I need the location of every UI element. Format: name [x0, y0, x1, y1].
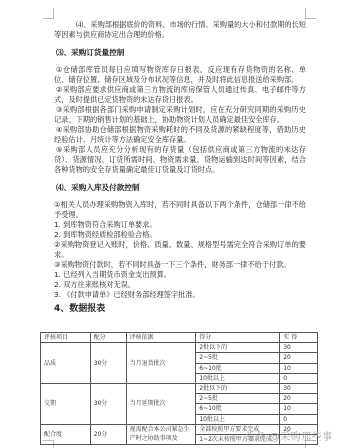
- list-item: 1. 到库物资符合采购订单要求。: [54, 220, 306, 230]
- criterion-cell: 2批以下的: [196, 343, 280, 353]
- document-page: ⑷、采购部根据底价的资料、市场的行情、采购量的大小和付款期的长短等因素与供应商协…: [0, 0, 360, 448]
- list-item: ②采购部应要求供应商或第三方物流的库房保管人员通过传真、电子邮件等方式，及时提供…: [54, 85, 306, 105]
- score-cell: 30: [280, 383, 318, 393]
- table-header-row: 评核项目 配分 评核依据 得分 实 得: [41, 333, 318, 343]
- list-item: 3. 《付款申请单》已经财务部经理签字批准。: [54, 290, 306, 300]
- list-item: 2. 双方往来账核对无误。: [54, 280, 306, 290]
- item-cell: 交期: [41, 383, 91, 424]
- list-item: ⑤采购部人员应充分分析现有的存货量（包括供应商或第三方物流的未达存货）、货源情况…: [54, 145, 306, 175]
- list-item: ③采购部根据各部门采购申请制定采购计划时，应在充分研究同期的采购历史记录、下期的…: [54, 105, 306, 125]
- item-cell: 品质: [41, 343, 91, 384]
- basis-cell: 视需配合本公司紧急生产时之协助事项及: [126, 424, 196, 444]
- criterion-cell: 10批以上: [196, 414, 280, 424]
- basis-cell: 当月延期批次: [126, 383, 196, 424]
- table-row: 交期 30分 当月延期批次 2批以下的 30: [41, 383, 318, 393]
- score-cell: 20: [280, 353, 318, 363]
- list-item: ④采购部协助仓储部根据物资采购耗时的不同及货源的紧缺程度等，借助历史经验估计、月…: [54, 125, 306, 145]
- list-item: 1. 已经列入当期货币资金支出预算。: [54, 270, 306, 280]
- item-cell: 配合度: [41, 424, 91, 444]
- watermark: 头条 @采购那些事: [245, 428, 333, 443]
- section-heading: 4、数据报表: [54, 304, 306, 314]
- table-header-cell: 实 得: [280, 333, 318, 343]
- criterion-cell: 2~5批: [196, 394, 280, 404]
- section-heading: ⑶、采购订货量控制: [56, 48, 306, 58]
- criterion-cell: 6~10批: [196, 404, 280, 414]
- list-item: ①相关人员办理采购物资入库时，若不同时具备以下两个条件，仓储部一律不给予受理。: [54, 200, 306, 220]
- criterion-cell: 2~5批: [196, 353, 280, 363]
- score-cell: 0: [280, 414, 318, 424]
- list-item: ③采购物资付款时，若不同时具备一下三个条件，财务部一律不给于付款。: [54, 260, 306, 270]
- points-cell: 20分: [90, 424, 126, 444]
- criterion-cell: 10批以上: [196, 373, 280, 383]
- table-row: 品质 30分 当月退货批次 2批以下的 30: [41, 343, 318, 353]
- score-cell: 10: [280, 363, 318, 373]
- table-header-cell: 评核依据: [126, 333, 196, 343]
- list-item: ②采购物资登记入账时，价格、质量、数量、规格型号需完全符合采购订单的要求。: [54, 240, 306, 260]
- criterion-cell: 6~10批: [196, 363, 280, 373]
- score-cell: 0: [280, 373, 318, 383]
- section-heading: ⑷、采购入库及付款控制: [56, 183, 306, 193]
- score-cell: 10: [280, 404, 318, 414]
- table-header-cell: 配分: [90, 333, 126, 343]
- paragraph: ⑷、采购部根据底价的资料、市场的行情、采购量的大小和付款期的长短等因素与供应商协…: [54, 20, 306, 40]
- basis-cell: 当月退货批次: [126, 343, 196, 384]
- score-cell: 20: [280, 394, 318, 404]
- page-corner-mark: [43, 8, 54, 19]
- points-cell: 30分: [90, 383, 126, 424]
- criterion-cell: 2批以下的: [196, 383, 280, 393]
- page-corner-mark: [305, 8, 316, 19]
- table-header-cell: 得分: [196, 333, 280, 343]
- list-item: ①仓储部库管员每日应填写物资库存日报表，反应现有存货物资的名称、单位、储存位置、…: [54, 65, 306, 85]
- document-body: ⑷、采购部根据底价的资料、市场的行情、采购量的大小和付款期的长短等因素与供应商协…: [54, 20, 306, 314]
- points-cell: 30分: [90, 343, 126, 384]
- list-item: 2. 到库物资经质检部检验合格。: [54, 230, 306, 240]
- table-header-cell: 评核项目: [41, 333, 91, 343]
- score-cell: 30: [280, 343, 318, 353]
